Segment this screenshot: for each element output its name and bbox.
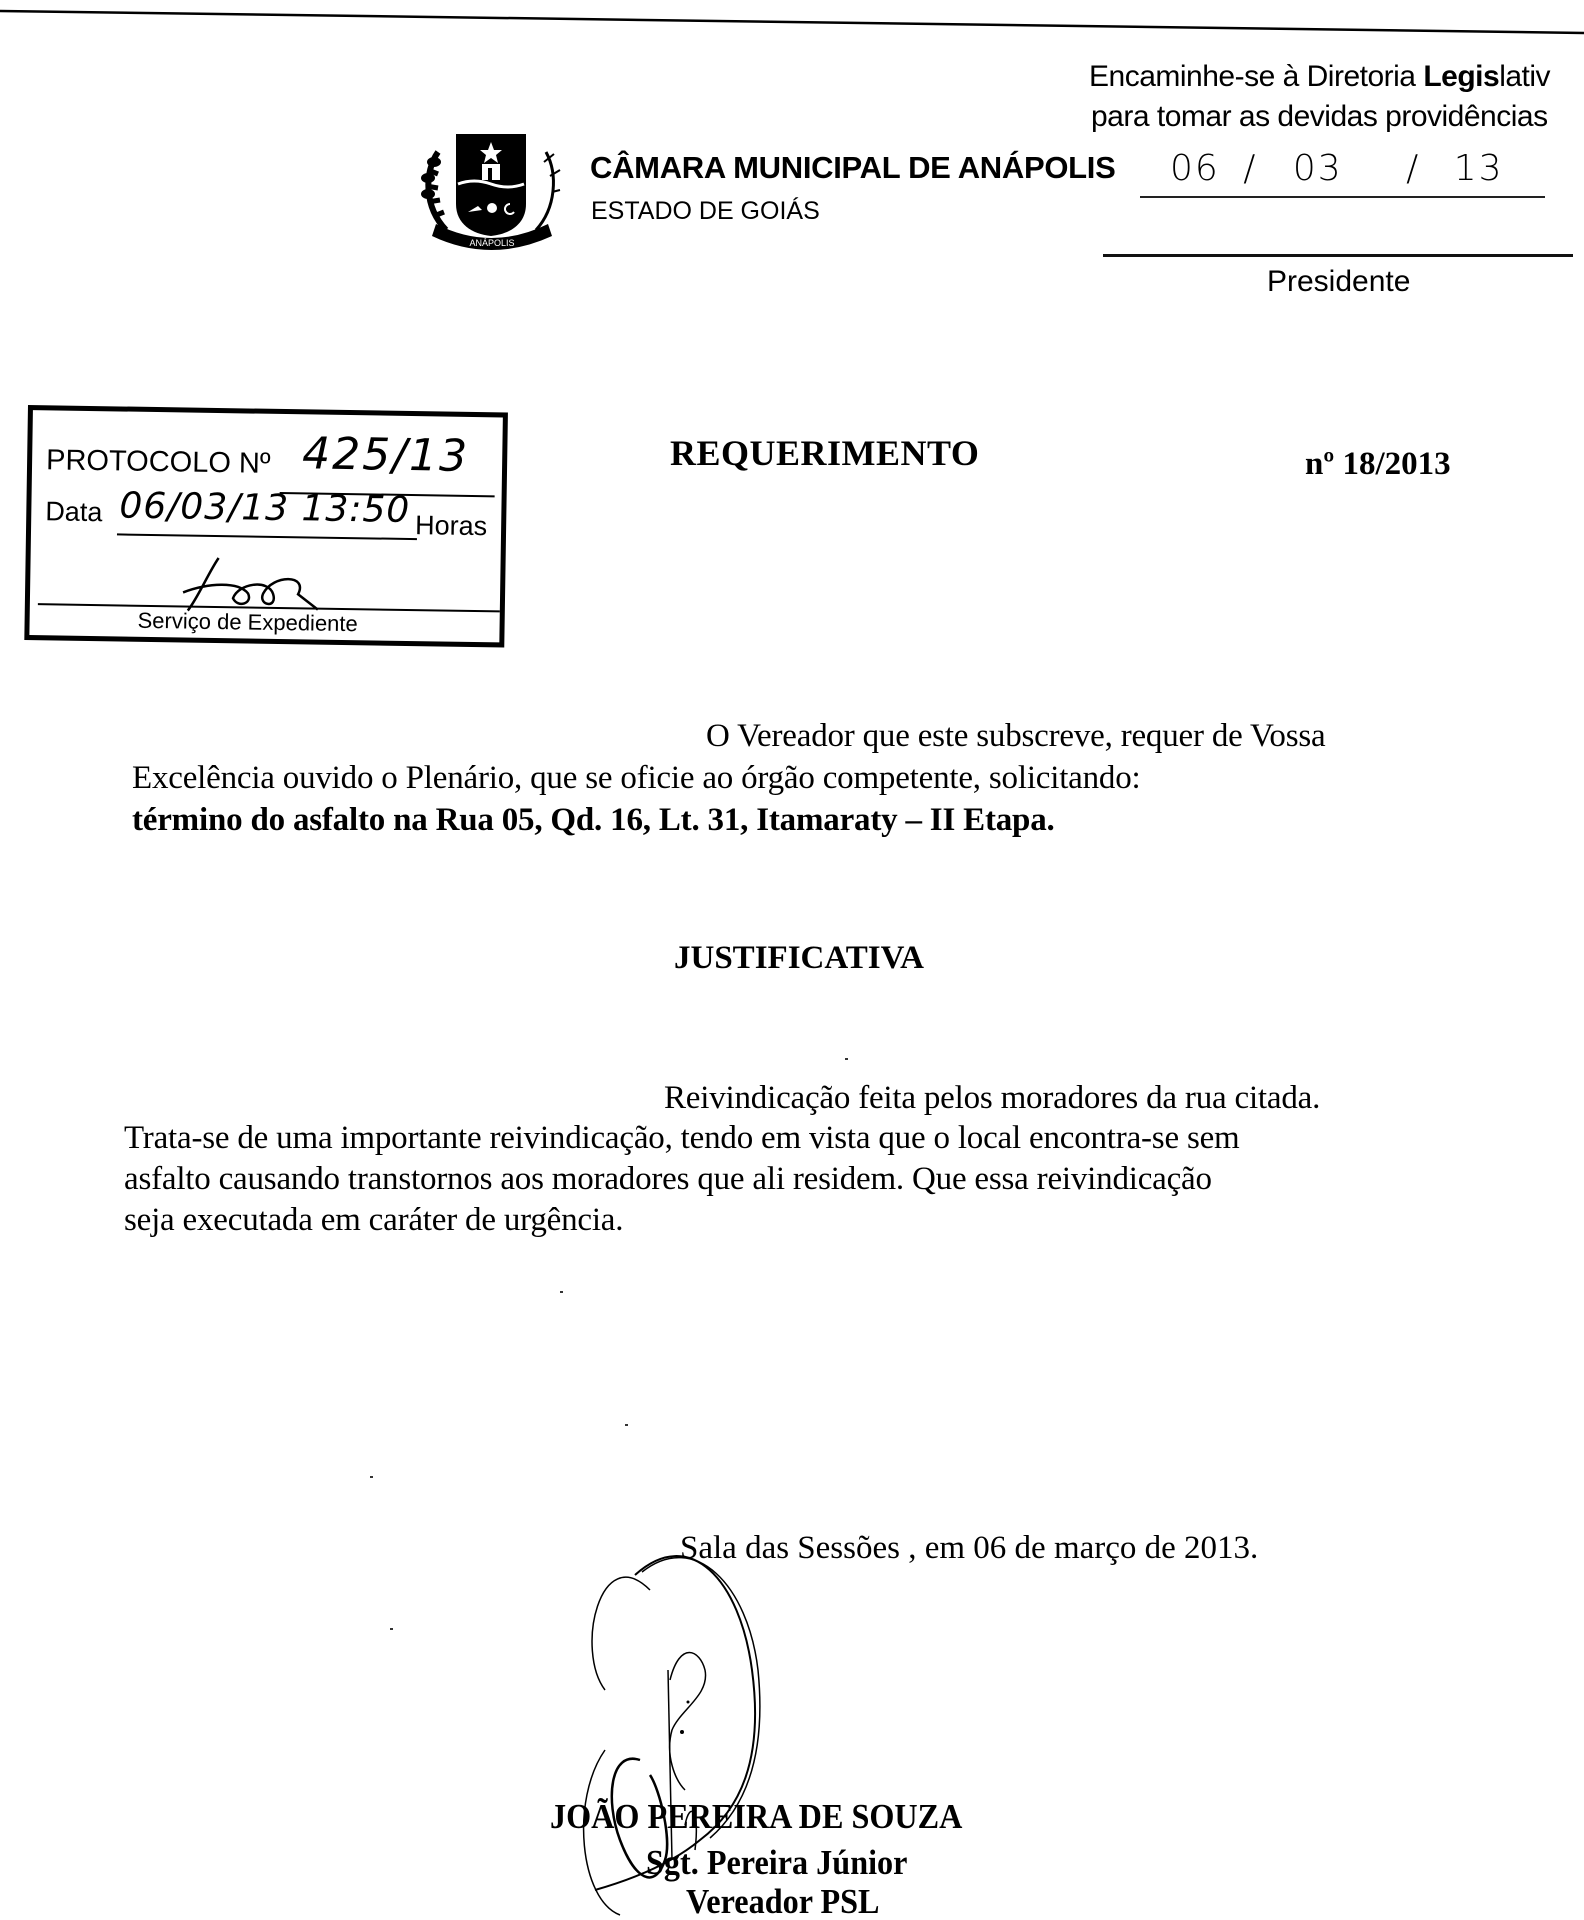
justification-line: seja executada em caráter de urgência.	[124, 1202, 623, 1239]
justification-line: Trata-se de uma importante reivindicação…	[124, 1120, 1240, 1157]
request-text-line: O Vereador que este subscreve, requer de…	[706, 718, 1325, 755]
scan-dust	[625, 1424, 628, 1426]
signer-role: Vereador PSL	[686, 1882, 880, 1920]
protocol-date-underline	[117, 533, 417, 540]
forwarding-date-separator: /	[1243, 148, 1257, 189]
institution-state: ESTADO DE GOIÁS	[591, 197, 820, 226]
institution-name: CÂMARA MUNICIPAL DE ANÁPOLIS	[590, 150, 1116, 186]
forwarding-date-year: 13	[1454, 148, 1504, 189]
protocol-department: Serviço de Expediente	[137, 608, 358, 637]
forwarding-instruction-line2: para tomar as devidas providências	[1091, 100, 1548, 134]
scan-dust	[845, 1058, 848, 1060]
closing-place-date: Sala das Sessões , em 06 de março de 201…	[680, 1530, 1258, 1567]
forwarding-date-separator: /	[1406, 148, 1420, 189]
protocol-date-label: Data	[45, 496, 103, 528]
protocol-date-value: 06/03/13 13:50	[119, 485, 410, 531]
forwarding-bold: Legis	[1423, 60, 1499, 93]
signer-name: JOÃO PEREIRA DE SOUZA	[550, 1797, 962, 1837]
protocol-stamp: PROTOCOLO Nº 425/13 Data 06/03/13 13:50 …	[24, 405, 508, 648]
signer-alias: Sgt. Pereira Júnior	[646, 1843, 907, 1883]
scan-edge-line	[0, 0, 1584, 40]
president-signature-line	[1103, 254, 1573, 257]
svg-text:ANÁPOLIS: ANÁPOLIS	[469, 238, 514, 248]
protocol-label: PROTOCOLO Nº	[46, 444, 271, 481]
document-number: nº 18/2013	[1305, 446, 1451, 483]
forwarding-date-handwritten: 06 / 03 / 13	[1170, 148, 1504, 189]
municipal-coat-of-arms-icon: ANÁPOLIS	[418, 112, 566, 260]
document-title: REQUERIMENTO	[670, 432, 979, 474]
forwarding-instruction-line1: Encaminhe-se à Diretoria Legislativ	[1089, 60, 1550, 94]
protocol-hours-label: Horas	[415, 510, 488, 542]
scan-dust	[390, 1628, 393, 1630]
request-text-line: Excelência ouvido o Plenário, que se ofi…	[132, 760, 1141, 797]
scan-dust	[370, 1476, 373, 1478]
request-subject: término do asfalto na Rua 05, Qd. 16, Lt…	[132, 802, 1055, 839]
justification-title: JUSTIFICATIVA	[674, 940, 924, 977]
scan-dust	[560, 1291, 563, 1293]
forwarding-prefix: Encaminhe-se à Diretoria	[1089, 60, 1423, 93]
forwarding-date-underline	[1140, 196, 1545, 198]
protocol-number: 425/13	[302, 428, 470, 482]
justification-line: Reivindicação feita pelos moradores da r…	[664, 1080, 1320, 1117]
president-label: Presidente	[1267, 265, 1410, 299]
forwarding-date-day: 06	[1170, 148, 1220, 189]
justification-line: asfalto causando transtornos aos morador…	[124, 1161, 1212, 1198]
forwarding-date-month: 03	[1293, 148, 1343, 189]
forwarding-suffix: lativ	[1499, 60, 1550, 93]
